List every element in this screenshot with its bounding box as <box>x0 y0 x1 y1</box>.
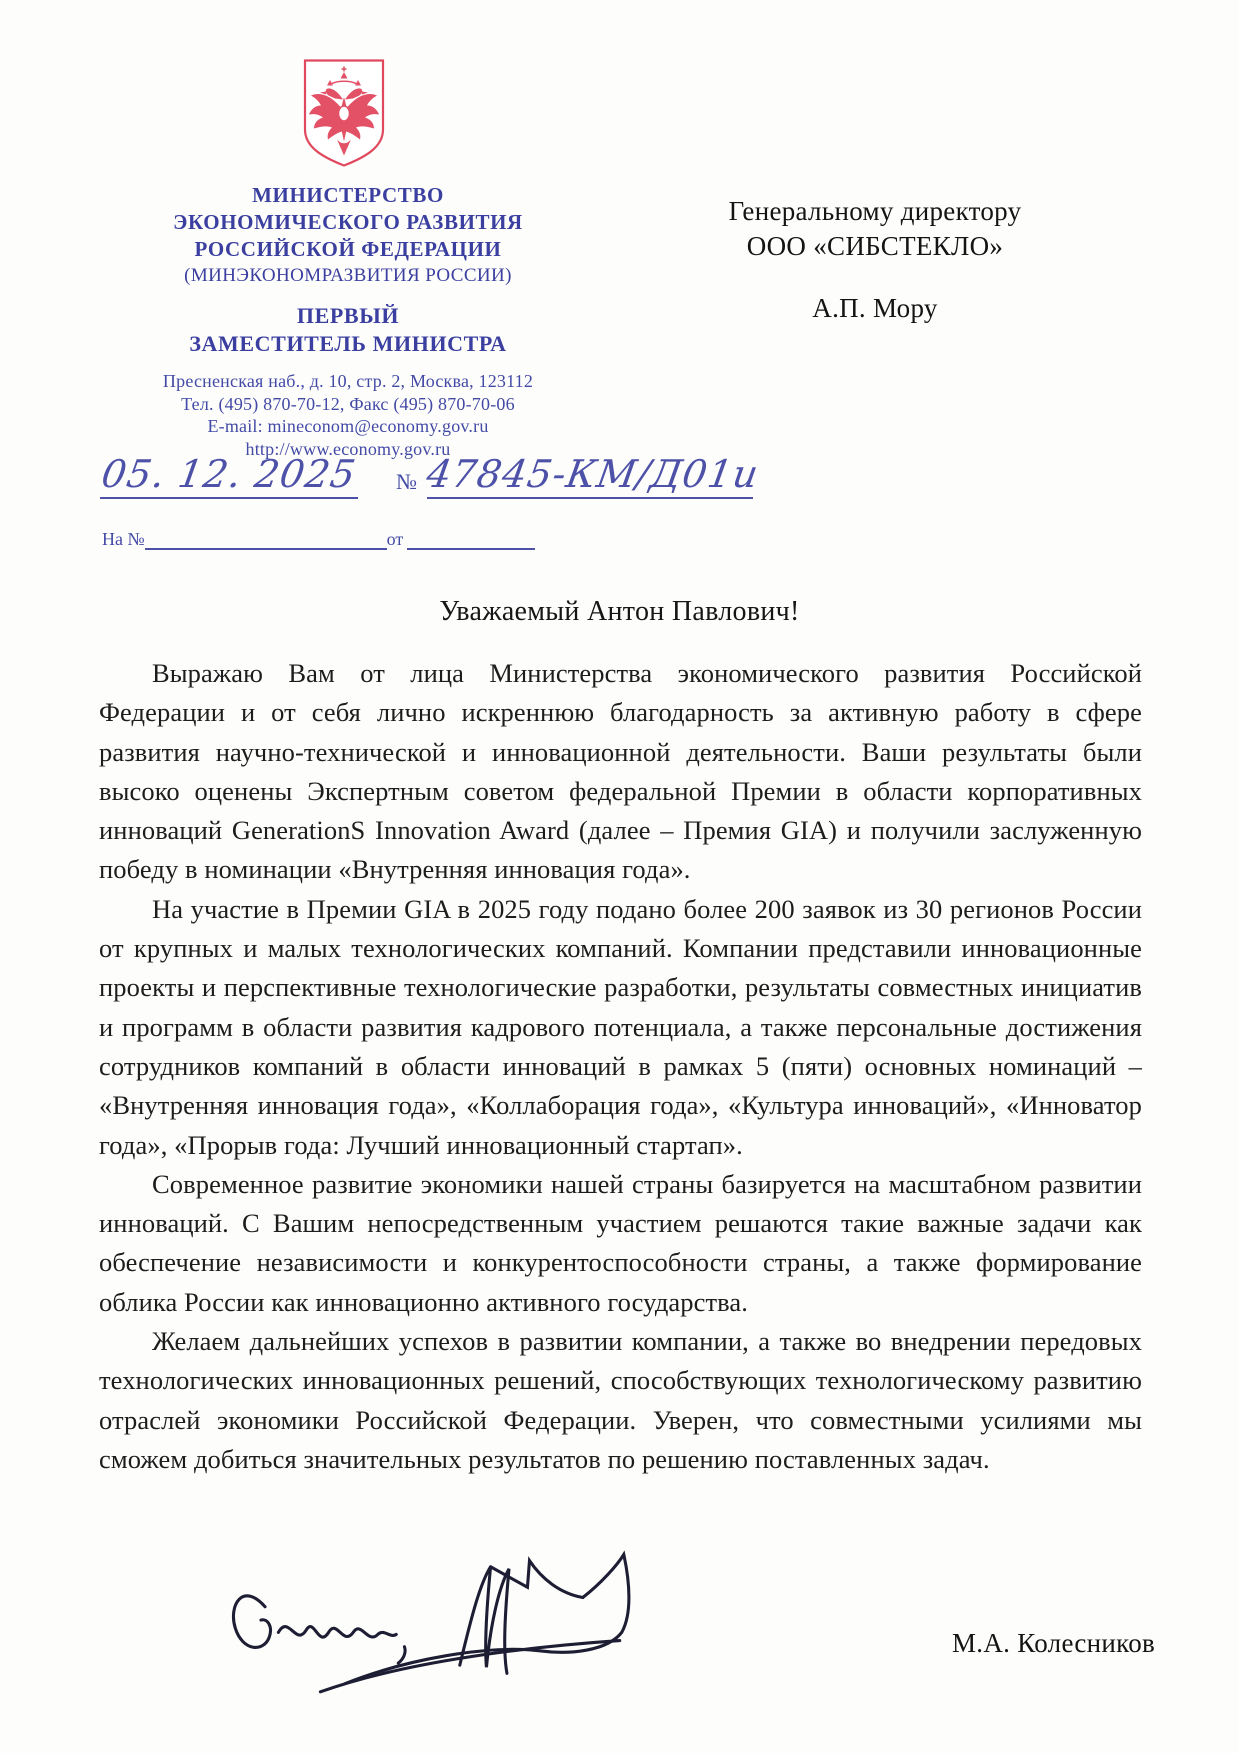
salutation: Уважаемый Антон Павлович! <box>0 596 1239 628</box>
ministry-short-name: (МИНЭКОНОМРАЗВИТИЯ РОССИИ) <box>88 263 608 289</box>
signer-name: М.А. Колесников <box>952 1628 1202 1659</box>
number-sign: № <box>396 469 417 495</box>
reply-label: На № <box>102 529 145 550</box>
scanned-letter-page: МИНИСТЕРСТВО ЭКОНОМИЧЕСКОГО РАЗВИТИЯ РОС… <box>0 0 1239 1753</box>
body-paragraph: На участие в Премии GIA в 2025 году пода… <box>99 890 1142 1165</box>
reply-reference-row: На № от <box>102 528 535 550</box>
ministry-name-line: РОССИЙСКОЙ ФЕДЕРАЦИИ <box>88 236 608 263</box>
handwritten-number: 47845-КМ/Д01и <box>424 452 763 496</box>
postal-address: Пресненская наб., д. 10, стр. 2, Москва,… <box>88 370 608 393</box>
body-paragraph: Желаем дальнейших успехов в развитии ком… <box>99 1322 1142 1479</box>
email: E-mail: mineconom@economy.gov.ru <box>88 415 608 438</box>
contacts-block: Пресненская наб., д. 10, стр. 2, Москва,… <box>88 370 608 460</box>
recipient-block: Генеральному директору ООО «СИБСТЕКЛО» А… <box>640 194 1110 326</box>
official-title-line: ЗАМЕСТИТЕЛЬ МИНИСТРА <box>88 330 608 358</box>
outgoing-reference-row: 05. 12. 2025 № 47845-КМ/Д01и <box>100 452 760 499</box>
reply-date-blank <box>407 528 535 550</box>
body-paragraph: Современное развитие экономики нашей стр… <box>99 1165 1142 1322</box>
letterhead-block: МИНИСТЕРСТВО ЭКОНОМИЧЕСКОГО РАЗВИТИЯ РОС… <box>88 182 608 460</box>
phone-fax: Тел. (495) 870-70-12, Факс (495) 870-70-… <box>88 393 608 416</box>
recipient-position: Генеральному директору <box>640 194 1110 229</box>
date-field: 05. 12. 2025 <box>100 452 358 499</box>
russia-coat-of-arms-icon <box>298 54 390 172</box>
recipient-company: ООО «СИБСТЕКЛО» <box>640 229 1110 264</box>
letter-body: Выражаю Вам от лица Министерства экономи… <box>99 654 1142 1479</box>
official-title-line: ПЕРВЫЙ <box>88 302 608 330</box>
number-field: 47845-КМ/Д01и <box>427 452 753 499</box>
body-paragraph: Выражаю Вам от лица Министерства экономи… <box>99 654 1142 890</box>
official-title: ПЕРВЫЙ ЗАМЕСТИТЕЛЬ МИНИСТРА <box>88 302 608 358</box>
ministry-name-line: МИНИСТЕРСТВО <box>88 182 608 209</box>
reply-number-blank <box>145 528 387 550</box>
handwritten-signature-icon <box>222 1545 714 1730</box>
recipient-person: А.П. Мору <box>640 291 1110 326</box>
handwritten-date: 05. 12. 2025 <box>99 452 360 496</box>
ministry-name-line: ЭКОНОМИЧЕСКОГО РАЗВИТИЯ <box>88 209 608 236</box>
reply-from-label: от <box>387 529 404 550</box>
